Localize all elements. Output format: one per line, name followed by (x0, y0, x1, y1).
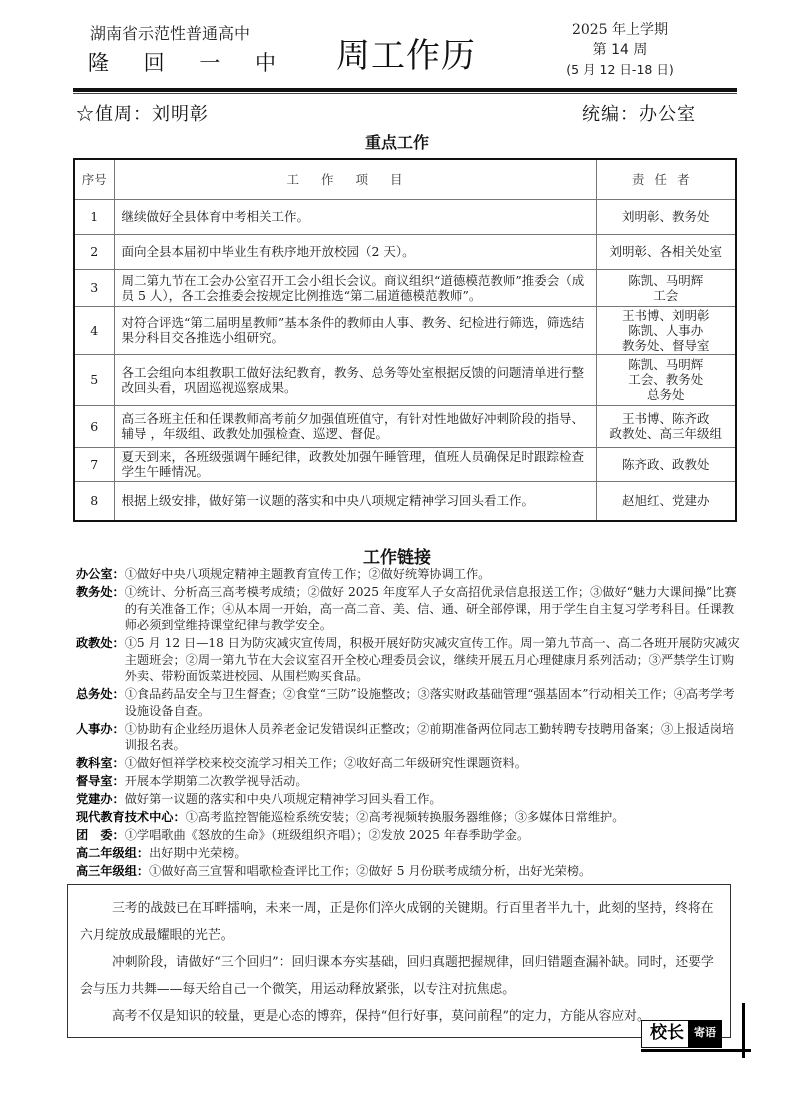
responsible-parties: 王书博、陈齐政政教处、高三年级组 (596, 405, 736, 447)
responsible-parties: 王书博、刘明彰陈凯、人事办教务处、督导室 (596, 306, 736, 354)
key-work-rows: 1继续做好全县体育中考相关工作。刘明彰、教务处2面向全县本届初中毕业生有秩序地开… (74, 199, 736, 521)
department-label: 高二年级组： (76, 845, 149, 862)
responsible-party: 王书博、陈齐政 (597, 411, 736, 426)
duty-person: ☆值周：刘明彰 (76, 100, 209, 126)
department-label: 团 委： (76, 827, 125, 844)
work-item: 周二第九节在工会办公室召开工会小组长会议。商议组织“道德模范教师”推委会（成员 … (114, 269, 596, 306)
row-number: 1 (74, 199, 114, 234)
department-tasks: ①高考监控智能巡检系统安装；②高考视频转换服务器维修；③多媒体日常维护。 (186, 809, 740, 826)
principal-message-box: 三考的战鼓已在耳畔擂响，未来一周，正是你们淬火成钢的关键期。行百里者半九十，此刻… (67, 884, 731, 1038)
responsible-parties: 陈凯、马明辉工会 (596, 269, 736, 306)
work-item: 对符合评选“第二届明星教师”基本条件的教师由人事、教务、纪检进行筛选，筛选结果分… (114, 306, 596, 354)
responsible-party: 陈凯、人事办 (597, 323, 736, 338)
badge-horizontal-rule (641, 1049, 751, 1052)
work-links-title: 工作链接 (0, 543, 794, 568)
column-header-owner: 责任者 (596, 159, 736, 199)
table-row: 8根据上级安排，做好第一议题的落实和中央八项规定精神学习回头看工作。赵旭红、党建… (74, 481, 736, 521)
department-tasks: ①做好高三宣誓和唱歌检查评比工作；②做好 5 月份联考成绩分析，出好光荣榜。 (149, 863, 740, 880)
work-link-item: 督导室：开展本学期第二次教学视导活动。 (76, 773, 740, 790)
department-label: 办公室： (76, 566, 125, 583)
department-label: 人事办： (76, 721, 125, 754)
department-label: 党建办： (76, 791, 125, 808)
badge-principal: 校长 (641, 1020, 688, 1048)
message-paragraph: 三考的战鼓已在耳畔擂响，未来一周，正是你们淬火成钢的关键期。行百里者半九十，此刻… (80, 895, 720, 949)
editor-office: 统编：办公室 (582, 100, 696, 126)
table-row: 3周二第九节在工会办公室召开工会小组长会议。商议组织“道德模范教师”推委会（成员… (74, 269, 736, 306)
department-tasks: ①做好中央八项规定精神主题教育宣传工作；②做好统筹协调工作。 (125, 566, 740, 583)
badge-message: 寄语 (688, 1020, 722, 1048)
key-work-table: 序号 工作项目 责任者 1继续做好全县体育中考相关工作。刘明彰、教务处2面向全县… (73, 158, 737, 522)
department-tasks: 出好期中光荣榜。 (149, 845, 740, 862)
department-tasks: ①5 月 12 日—18 日为防灾减灾宣传周，积极开展好防灾减灾宣传工作。周一第… (125, 635, 740, 685)
department-tasks: ①协助有企业经历退休人员养老金记发错误纠正整改；②前期准备两位同志工勤转聘专技聘… (125, 721, 740, 754)
school-category: 湖南省示范性普通高中 (90, 21, 250, 44)
work-link-item: 团 委：①学唱歌曲《怒放的生命》（班级组织齐唱）；②发放 2025 年春季助学金… (76, 827, 740, 844)
work-link-item: 党建办：做好第一议题的落实和中央八项规定精神学习回头看工作。 (76, 791, 740, 808)
work-link-item: 高三年级组：①做好高三宣誓和唱歌检查评比工作；②做好 5 月份联考成绩分析，出好… (76, 863, 740, 880)
header-divider-thin (73, 93, 737, 94)
responsible-parties: 刘明彰、教务处 (596, 199, 736, 234)
message-paragraph: 冲刺阶段，请做好“三个回归”：回归课本夯实基础，回归真题把握规律，回归错题查漏补… (80, 949, 720, 1003)
term-label: 2025 年上学期 (555, 20, 685, 40)
term-info: 2025 年上学期 第 14 周 (5 月 12 日-18 日) (555, 20, 685, 80)
work-link-item: 政教处：①5 月 12 日—18 日为防灾减灾宣传周，积极开展好防灾减灾宣传工作… (76, 635, 740, 685)
row-number: 8 (74, 481, 114, 521)
table-row: 6高三各班主任和任课教师高考前夕加强值班值守，有针对性地做好冲刺阶段的指导、辅导… (74, 405, 736, 447)
department-tasks: ①食品药品安全与卫生督查；②食堂“三防”设施整改；③落实财政基础管理“强基固本”… (125, 686, 740, 719)
row-number: 5 (74, 354, 114, 405)
responsible-party: 政教处、高三年级组 (597, 426, 736, 441)
department-label: 总务处： (76, 686, 125, 719)
responsible-party: 工会、教务处 (597, 372, 736, 387)
work-link-item: 总务处：①食品药品安全与卫生督查；②食堂“三防”设施整改；③落实财政基础管理“强… (76, 686, 740, 719)
department-label: 教务处： (76, 584, 125, 634)
department-label: 教科室： (76, 755, 125, 772)
table-row: 2面向全县本届初中毕业生有秩序地开放校园（2 天）。刘明彰、各相关处室 (74, 234, 736, 269)
work-link-item: 现代教育技术中心：①高考监控智能巡检系统安装；②高考视频转换服务器维修；③多媒体… (76, 809, 740, 826)
department-tasks: ①统计、分析高三高考模考成绩；②做好 2025 年度军人子女高招优录信息报送工作… (125, 584, 740, 634)
responsible-party: 教务处、督导室 (597, 338, 736, 353)
responsible-party: 陈凯、马明辉 (597, 273, 736, 288)
work-link-item: 高二年级组：出好期中光荣榜。 (76, 845, 740, 862)
responsible-party: 陈凯、马明辉 (597, 357, 736, 372)
responsible-party: 陈齐政、政教处 (597, 457, 736, 472)
work-item: 各工会组向本组教职工做好法纪教育，教务、总务等处室根据反馈的问题清单进行整改回头… (114, 354, 596, 405)
school-name: 隆 回 一 中 (88, 47, 290, 77)
responsible-parties: 陈凯、马明辉工会、教务处总务处 (596, 354, 736, 405)
department-tasks: ①做好恒祥学校来校交流学习相关工作；②收好高二年级研究性课题资料。 (125, 755, 740, 772)
work-link-item: 教科室：①做好恒祥学校来校交流学习相关工作；②收好高二年级研究性课题资料。 (76, 755, 740, 772)
work-links-list: 办公室：①做好中央八项规定精神主题教育宣传工作；②做好统筹协调工作。教务处：①统… (76, 566, 740, 881)
work-link-item: 人事办：①协助有企业经历退休人员养老金记发错误纠正整改；②前期准备两位同志工勤转… (76, 721, 740, 754)
work-item: 高三各班主任和任课教师高考前夕加强值班值守，有针对性地做好冲刺阶段的指导、辅导 … (114, 405, 596, 447)
row-number: 7 (74, 447, 114, 481)
responsible-parties: 刘明彰、各相关处室 (596, 234, 736, 269)
responsible-parties: 赵旭红、党建办 (596, 481, 736, 521)
work-item: 夏天到来，各班级强调午睡纪律，政教处加强午睡管理，值班人员确保足时跟踪检查学生午… (114, 447, 596, 481)
responsible-party: 王书博、刘明彰 (597, 308, 736, 323)
department-tasks: ①学唱歌曲《怒放的生命》（班级组织齐唱）；②发放 2025 年春季助学金。 (125, 827, 740, 844)
department-label: 督导室： (76, 773, 125, 790)
table-row: 4对符合评选“第二届明星教师”基本条件的教师由人事、教务、纪检进行筛选，筛选结果… (74, 306, 736, 354)
message-paragraph: 高考不仅是知识的较量，更是心态的博弈，保持“但行好事，莫问前程”的定力，方能从容… (80, 1003, 720, 1030)
header-divider-thick (73, 88, 737, 92)
table-header-row: 序号 工作项目 责任者 (74, 159, 736, 199)
department-label: 高三年级组： (76, 863, 149, 880)
principal-badge: 校长 寄语 (641, 1020, 722, 1048)
work-link-item: 教务处：①统计、分析高三高考模考成绩；②做好 2025 年度军人子女高招优录信息… (76, 584, 740, 634)
row-number: 2 (74, 234, 114, 269)
week-label: 第 14 周 (555, 40, 685, 60)
department-label: 政教处： (76, 635, 125, 685)
column-header-item: 工作项目 (114, 159, 596, 199)
page-header: 湖南省示范性普通高中 隆 回 一 中 周工作历 2025 年上学期 第 14 周… (0, 0, 794, 90)
work-item: 继续做好全县体育中考相关工作。 (114, 199, 596, 234)
responsible-party: 刘明彰、各相关处室 (597, 244, 736, 259)
column-header-no: 序号 (74, 159, 114, 199)
responsible-party: 赵旭红、党建办 (597, 493, 736, 508)
key-work-title: 重点工作 (0, 130, 794, 153)
work-item: 根据上级安排，做好第一议题的落实和中央八项规定精神学习回头看工作。 (114, 481, 596, 521)
row-number: 4 (74, 306, 114, 354)
table-row: 1继续做好全县体育中考相关工作。刘明彰、教务处 (74, 199, 736, 234)
table-row: 5各工会组向本组教职工做好法纪教育，教务、总务等处室根据反馈的问题清单进行整改回… (74, 354, 736, 405)
department-tasks: 做好第一议题的落实和中央八项规定精神学习回头看工作。 (125, 791, 740, 808)
department-tasks: 开展本学期第二次教学视导活动。 (125, 773, 740, 790)
responsible-party: 刘明彰、教务处 (597, 209, 736, 224)
responsible-parties: 陈齐政、政教处 (596, 447, 736, 481)
row-number: 3 (74, 269, 114, 306)
department-label: 现代教育技术中心： (76, 809, 186, 826)
work-item: 面向全县本届初中毕业生有秩序地开放校园（2 天）。 (114, 234, 596, 269)
table-row: 7夏天到来，各班级强调午睡纪律，政教处加强午睡管理，值班人员确保足时跟踪检查学生… (74, 447, 736, 481)
row-number: 6 (74, 405, 114, 447)
date-range: (5 月 12 日-18 日) (555, 60, 685, 80)
work-link-item: 办公室：①做好中央八项规定精神主题教育宣传工作；②做好统筹协调工作。 (76, 566, 740, 583)
document-title: 周工作历 (336, 28, 476, 77)
responsible-party: 工会 (597, 288, 736, 303)
responsible-party: 总务处 (597, 387, 736, 402)
